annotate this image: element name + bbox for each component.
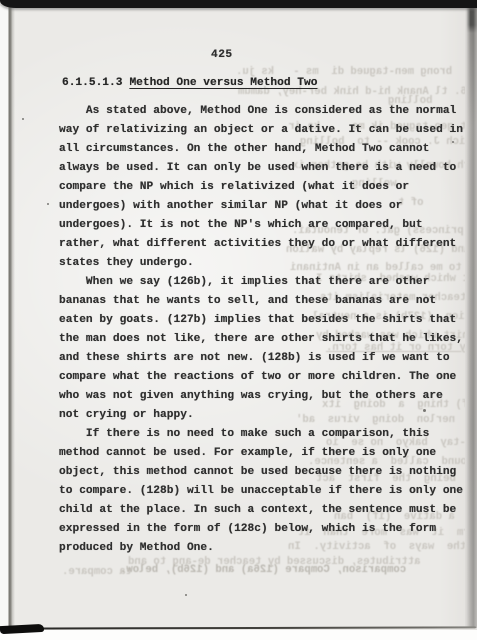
section-title: Method One versus Method Two — [129, 77, 317, 89]
scanned-document-page: brong men-tagued di ms - ks ju.176. tl A… — [0, 0, 477, 640]
scan-speck — [47, 203, 49, 205]
scan-speck — [185, 594, 187, 596]
section-number: 6.1.5.1.3 — [62, 77, 122, 89]
section-heading: 6.1.5.1.3Method One versus Method Two — [62, 74, 317, 93]
body-text: As stated above, Method One is considere… — [59, 102, 469, 558]
scan-top-edge — [0, 0, 477, 8]
paragraph-3: If there is no need to make such a compa… — [59, 425, 469, 558]
paragraph-1: As stated above, Method One is considere… — [59, 102, 469, 273]
scan-bottom-margin — [0, 630, 477, 640]
page-right-edge-shadow — [465, 7, 477, 628]
page-number: 425 — [211, 46, 233, 65]
page-left-edge-shadow — [0, 6, 16, 630]
scan-speck — [22, 118, 24, 120]
paragraph-2: When we say (126b), it implies that ther… — [59, 273, 469, 425]
